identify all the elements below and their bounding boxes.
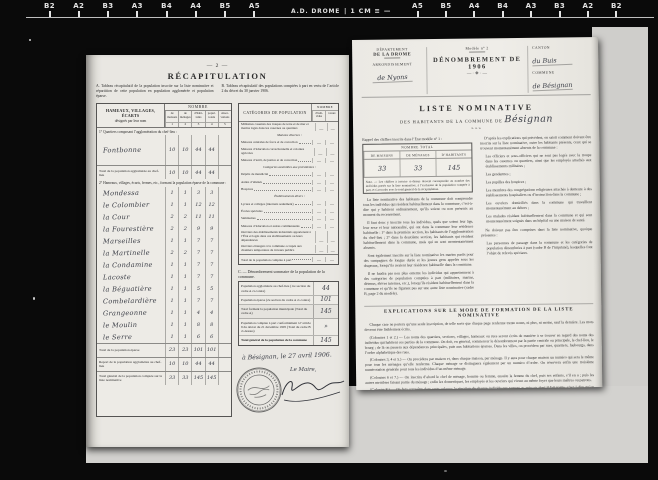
intro-a: A. Tableau récapitulatif de la populatio… (96, 84, 214, 99)
ruler-label-text: A2 (73, 3, 84, 10)
total-value: 10 (178, 358, 191, 371)
signature-block: à Bésignan, le 27 avril 1906. Le Maire, (238, 351, 339, 417)
dotted-leader (298, 161, 311, 162)
population-value: 7 (191, 247, 204, 259)
dotted-leader (264, 212, 311, 213)
page-number: — 2 — (96, 63, 339, 69)
hamlet-name: la Béguatière (97, 284, 165, 293)
instruction-paragraph: Ne doivent pas être comprises dans la li… (481, 227, 592, 238)
ruler-baseline (26, 17, 654, 18)
table-b-header: CATÉGORIES DE POPULATION (239, 104, 311, 121)
category-value: — (325, 180, 338, 185)
liste-nominative-title: LISTE NOMINATIVE (362, 102, 591, 114)
instruction-paragraph: La liste nominative des habitants de la … (363, 197, 473, 218)
arrondissement-label: ARRONDISSEMENT (361, 62, 423, 67)
section-c-title: C. — Dénombrement sommaire de la populat… (238, 269, 339, 279)
microfilm-frame: B2 A2 B3 A3 B4 (0, 0, 658, 480)
hamlet-name: Lacoste (97, 272, 165, 281)
population-value: 7 (205, 235, 218, 247)
instruction-paragraph: Les pupilles des hospices ; (481, 179, 592, 185)
population-value: 7 (191, 271, 204, 283)
population-value: 2 (165, 211, 178, 223)
population-value: 1 (165, 259, 178, 271)
subheader-text: d’habi- tants (192, 112, 204, 119)
population-value: 1 (178, 331, 191, 343)
category-value: — (325, 209, 338, 214)
ruler-label: A3 (132, 3, 143, 17)
category-row: Dépôts de mendicité — — (239, 171, 338, 178)
category-value: — (312, 216, 325, 221)
total-value: 10 (178, 166, 191, 179)
category-label: Établissements divers : (272, 195, 305, 199)
category-value: — (325, 224, 338, 229)
population-value: 5 (191, 283, 204, 295)
subheader-number: 2 (179, 122, 191, 127)
ruler-label: A2 (73, 3, 84, 17)
ruler-label-text: A3 (526, 3, 537, 10)
hamlet-row: la Fourestière 2 2 9 9 (97, 223, 231, 235)
summary-label: Population éparse (2e section du cadre A… (239, 296, 313, 304)
instruction-paragraph: Il faut donc y inscrire tous les individ… (363, 220, 473, 251)
population-value: 7 (191, 259, 204, 271)
population-value: 2 (178, 223, 191, 235)
rappel-value-handwritten: 33 (399, 159, 435, 176)
table-b-subheader: totaux (325, 111, 338, 121)
population-value: 1 (165, 271, 178, 283)
total-value: 44 (191, 166, 204, 179)
category-label: Maisons d’arrêt, de justice et de correc… (239, 159, 297, 163)
category-row: Maisons diverses : (239, 132, 338, 139)
form-header: DÉPARTEMENT DE LA DROME ARRONDISSEMENT d… (361, 45, 591, 98)
ruler-label-text: A4 (190, 3, 201, 10)
category-value: — (325, 187, 338, 192)
category-value: — (312, 158, 325, 163)
category-value: — (326, 148, 338, 156)
table-a-total-agglomerated: Total de la population agglomérée au che… (97, 165, 231, 179)
table-a-name-header: HAMEAUX, VILLAGES, ÉCARTS désignés par l… (97, 104, 165, 127)
category-value: — (315, 245, 327, 253)
population-value: 1 (178, 235, 191, 247)
population-value: 11 (205, 211, 218, 223)
summary-value: 145 (313, 336, 338, 344)
rappel-column-header: DE MAISONS (363, 151, 399, 158)
table-b-nombre-header: NOMBRE (312, 104, 338, 111)
total-value: 101 (191, 344, 204, 357)
dotted-leader (301, 227, 311, 228)
population-value: 2 (165, 247, 178, 259)
instruction-paragraph: Les ouvriers domiciliés dans la commune … (481, 200, 592, 211)
category-row: Maisons d’éducation et autres communauté… (239, 222, 338, 229)
ruler-label-text: A3 (132, 3, 143, 10)
population-value: 8 (205, 319, 218, 331)
canton-handwritten: du Buis (532, 56, 572, 67)
category-value: — (315, 123, 327, 131)
arrondissement-handwritten: de Nyons (372, 73, 412, 84)
ruler-label-text: B4 (161, 3, 172, 10)
hamlet-name: Marseilles (97, 236, 165, 245)
category-label: Maisons d’éducation correctionnelle et c… (239, 148, 312, 156)
dotted-leader (263, 183, 311, 184)
hamlet-name: la Condamine (97, 260, 165, 269)
hamlet-row: la Béguatière 1 1 5 5 (97, 283, 231, 295)
category-row: Asiles d’aliénés — — (239, 179, 338, 186)
population-value: 1 (165, 199, 178, 211)
population-value: 7 (191, 295, 204, 307)
category-row: Maisons d’éducation correctionnelle et c… (239, 147, 338, 157)
population-value (218, 223, 231, 235)
population-value (218, 271, 231, 283)
category-value: — (312, 209, 325, 214)
population-value: 10 (178, 135, 191, 165)
category-label: Asiles d’aliénés (239, 181, 262, 185)
ruler-label-text: B4 (497, 3, 508, 10)
table-a-hamlets: HAMEAUX, VILLAGES, ÉCARTS désignés par l… (96, 103, 232, 417)
population-value: 44 (205, 135, 218, 165)
recapitulation-page: — 2 — RÉCAPITULATION A. Tableau récapitu… (86, 55, 349, 447)
category-value: — (312, 187, 325, 192)
summary-row: Population comptée à part conformément à… (239, 319, 338, 337)
category-value: — (327, 245, 339, 253)
population-value: 2 (178, 247, 191, 259)
total-label: Total de la population éparse (97, 347, 165, 353)
commune-label: COMMUNE (532, 70, 590, 75)
category-label: Hospices (239, 188, 253, 192)
total-value: 101 (205, 344, 218, 357)
hamlet-name: Fontbonne (97, 146, 165, 155)
commune-name-handwritten: Bésignan (504, 114, 553, 126)
table-a-total-row: Total de la population éparse 23 23 101 … (97, 343, 231, 357)
table-a-header-line1: HAMEAUX, VILLAGES, ÉCARTS (98, 108, 163, 118)
population-value: 1 (178, 259, 191, 271)
population-value: 1 (165, 283, 178, 295)
instruction-paragraph: Les malades résidant habituellement dans… (481, 213, 592, 224)
film-ruler-bar: B2 A2 B3 A3 B4 (0, 0, 658, 24)
ruler-label: A4 (469, 3, 480, 17)
population-value: 1 (178, 307, 191, 319)
dust-speck (29, 39, 31, 41)
population-value: 44 (191, 135, 204, 165)
population-value: 1 (165, 235, 178, 247)
subheader-number: 4 (206, 122, 218, 127)
population-value: 1 (165, 331, 178, 343)
ruler-right-group: A5 B5 A4 B4 A3 (412, 3, 622, 17)
summary-value: 101 (313, 296, 338, 304)
rappel-value-handwritten: 33 (363, 159, 399, 176)
hamlet-row: le Colombier 1 1 12 12 (97, 199, 231, 211)
category-value: — (325, 140, 338, 145)
table-a-subheader: popul. totale 4 (205, 111, 218, 127)
intro-b: B. Tableau récapitulatif des populations… (222, 84, 340, 99)
population-value: 9 (205, 223, 218, 235)
population-value: 1 (178, 319, 191, 331)
total-value: 10 (165, 358, 178, 371)
population-value: 7 (205, 295, 218, 307)
rappel-column-header: D’HABITANTS (435, 151, 471, 158)
ruler-label-text: B3 (554, 3, 565, 10)
subtitle-text: DES HABITANTS DE LA COMMUNE DE (400, 118, 503, 124)
population-value: 6 (191, 331, 204, 343)
total-value (218, 358, 231, 371)
ruler-label: A5 (412, 3, 423, 17)
category-label: Catégories assimilées aux précédentes : (261, 166, 316, 170)
ruler-label-text: B5 (440, 3, 451, 10)
total-value: 33 (165, 372, 178, 385)
rappel-note: Nota. — Les chiffres à inscrire ci-dessu… (364, 176, 472, 193)
hamlet-row: la Condamine 1 1 7 7 (97, 259, 231, 271)
subheader-number: 3 (192, 122, 204, 127)
table-a-subheader: d’habi- tants 3 (191, 111, 204, 127)
population-value (218, 319, 231, 331)
hamlet-row: Fontbonne 10 10 44 44 (97, 135, 231, 165)
table-a-nombre-header: NOMBRE (165, 104, 231, 111)
ruler-label: B5 (440, 3, 451, 17)
population-value: 4 (191, 307, 204, 319)
total-value: 44 (205, 358, 218, 371)
table-a-header-line2: désignés par leur nom (98, 119, 163, 123)
category-value: — (325, 172, 338, 177)
instruction-paragraph: D’après les explications qui précèdent, … (480, 135, 591, 151)
population-value: 9 (191, 223, 204, 235)
hamlet-name: le Colombier (97, 200, 165, 209)
total-value: 145 (191, 372, 204, 385)
ruler-label-text: A4 (469, 3, 480, 10)
total-label: Total général de la population comptée s… (97, 373, 165, 383)
population-value: 1 (165, 295, 178, 307)
hamlet-name: Combelardière (97, 296, 165, 305)
population-value: 1 (178, 199, 191, 211)
ruler-label-text: A5 (412, 3, 423, 10)
subheader-text: de maisons (166, 112, 178, 119)
total-value: 44 (191, 358, 204, 371)
liste-nominative-page: DÉPARTEMENT DE LA DROME ARRONDISSEMENT d… (352, 37, 602, 390)
category-value: — (327, 123, 339, 131)
ornament: —·❖·— (431, 70, 523, 77)
population-value: 5 (205, 283, 218, 295)
hamlet-name: Mondessa (97, 188, 165, 197)
scale-label: | 1 CM ≡ — (344, 8, 391, 15)
category-value: — (325, 201, 338, 206)
category-label: Maisons d’éducation et autres communauté… (239, 225, 300, 229)
instruction-paragraph: Les membres des congrégations religieuse… (481, 187, 592, 198)
summary-label: Population agglomérée au chef-lieu (1re … (239, 282, 313, 295)
total-label: Report de la population agglomérée au ch… (97, 359, 165, 369)
category-value: — (312, 140, 325, 145)
population-value: 12 (191, 199, 204, 211)
ruler-label: B3 (103, 3, 114, 17)
summary-label: Total général de la population de la com… (239, 336, 313, 344)
category-label: Dépôts de mendicité (239, 173, 268, 177)
subheader-text: de ménages (179, 112, 191, 119)
ruler-label: A2 (582, 3, 593, 17)
population-value: 7 (205, 247, 218, 259)
population-value: 2 (165, 223, 178, 235)
total-value (218, 166, 231, 179)
hamlet-row: Lacoste 1 1 7 7 (97, 271, 231, 283)
total-value: 33 (178, 372, 191, 385)
ruler-label-text: B3 (103, 3, 114, 10)
rappel-table: NOMBRE TOTAL DE MAISONSDE MÉNAGESD’HABIT… (362, 143, 473, 194)
category-label: Maisons centrales de force et de correct… (239, 141, 298, 145)
hamlet-name: la Cour (97, 212, 165, 221)
subheader-text: popul. totale (206, 112, 218, 119)
category-label: Lycées et collèges (internats seulement) (239, 203, 294, 207)
ruler-label: B4 (161, 3, 172, 17)
table-b-subheader: d’indi- vidus (312, 111, 325, 121)
population-value (218, 187, 231, 199)
hamlet-row: le Serre 1 1 6 6 (97, 331, 231, 343)
category-label: Séminaires (239, 217, 256, 221)
instruction-paragraph: Les officiers et sous-officiers qui ne s… (480, 153, 591, 169)
instruction-paragraph: Il ne faudra pas non plus omettre les in… (364, 271, 474, 297)
category-label: Ouvriers étrangers à la commune occupés … (239, 245, 313, 253)
summary-label: Population comptée à part conformément à… (239, 319, 313, 336)
population-value: 2 (178, 211, 191, 223)
category-value: — (312, 172, 325, 177)
population-value (218, 211, 231, 223)
category-value: — (327, 231, 339, 243)
category-row: Hospices — — (239, 186, 338, 193)
instruction-paragraph: Les gendarmes ; (481, 171, 592, 177)
ruler-label: B2 (611, 3, 622, 17)
summary-row: Population éparse (2e section du cadre A… (239, 296, 338, 305)
total-value: 145 (205, 372, 218, 385)
dotted-leader (299, 143, 311, 144)
population-value (218, 235, 231, 247)
hamlet-row: la Cour 2 2 11 11 (97, 211, 231, 223)
ruler-label-text: B2 (44, 3, 55, 10)
population-value: 10 (165, 135, 178, 165)
category-row: Catégories assimilées aux précédentes : (239, 164, 338, 171)
total-label: Total de la population agglomérée au che… (97, 168, 165, 178)
category-row: Séminaires — — (239, 215, 338, 222)
commune-handwritten: de Bésignan (532, 81, 572, 92)
category-value: — (325, 216, 338, 221)
hamlet-row: Grangeonne 1 1 4 4 (97, 307, 231, 319)
hamlet-name: le Moulin (97, 320, 165, 329)
population-value: 1 (165, 319, 178, 331)
hamlet-name: Grangeonne (97, 308, 165, 317)
category-row: Écoles spéciales — — (239, 208, 338, 215)
total-value: — (325, 257, 338, 262)
table-a-total-row: Report de la population agglomérée au ch… (97, 357, 231, 371)
table-a-subheader: obser- vations 5 (218, 111, 231, 127)
dotted-leader (254, 190, 311, 191)
subheader-number: 5 (219, 122, 231, 127)
population-value: 7 (205, 271, 218, 283)
population-value (218, 135, 231, 165)
hamlet-row: la Martinelle 2 2 7 7 (97, 247, 231, 259)
population-value: 1 (165, 307, 178, 319)
explication-paragraph: Chaque case ne portera qu’une seule insc… (364, 320, 593, 333)
total-label: Total de la population comptée à part (239, 258, 291, 262)
summary-row: Total formant la population municipale (… (239, 305, 338, 319)
recap-title: RÉCAPITULATION (96, 71, 339, 81)
population-value: 4 (205, 307, 218, 319)
table-b-total-row: Total de la population comptée à part — … (239, 254, 338, 264)
table-a-subheader: de ménages 2 (178, 111, 191, 127)
population-value: 1 (178, 271, 191, 283)
ruler-label: B4 (497, 3, 508, 17)
table-b-counted-apart: CATÉGORIES DE POPULATION NOMBRE d’indi- … (238, 103, 339, 265)
rappel-caption: Rappel des chiffres inscrits dans l’État… (362, 137, 472, 142)
total-value (218, 372, 231, 385)
departement-value: DE LA DROME (361, 51, 423, 57)
category-label: Ouvriers des établissements industriels … (239, 231, 313, 243)
category-value: — (314, 148, 326, 156)
hamlet-row: Marseilles 1 1 7 7 (97, 235, 231, 247)
category-row: Ouvriers étrangers à la commune occupés … (239, 244, 338, 254)
category-value: — (312, 180, 325, 185)
population-value (218, 259, 231, 271)
divider (469, 51, 485, 52)
summary-value: 145 (313, 305, 338, 318)
census-title: DÉNOMBREMENT DE 1906 (431, 56, 523, 71)
summary-label: Total formant la population municipale (… (239, 305, 313, 318)
total-value (218, 344, 231, 357)
population-value (218, 247, 231, 259)
category-label: Maisons diverses : (275, 134, 302, 138)
rappel-column-header: DE MÉNAGES (399, 151, 435, 158)
category-row: Lycées et collèges (internats seulement)… (239, 200, 338, 207)
hamlet-row: Mondessa 1 1 3 3 (97, 187, 231, 199)
total-value: 10 (165, 166, 178, 179)
population-value (218, 331, 231, 343)
population-value: 3 (191, 187, 204, 199)
dotted-leader (295, 204, 311, 205)
population-value (218, 307, 231, 319)
population-value: 8 (191, 319, 204, 331)
population-value: 1 (178, 295, 191, 307)
hamlet-row: le Moulin 1 1 8 8 (97, 319, 231, 331)
dust-speck (444, 470, 447, 472)
explication-paragraph: (Colonnes 6 et 7.) — On inscrira d’abord… (365, 373, 594, 386)
ruler-label: B5 (220, 3, 231, 17)
ruler-label-text: A2 (582, 3, 593, 10)
explication-paragraph: (Colonnes 3, 4 et 5.) — On procédera par… (365, 355, 594, 373)
total-value: — (312, 257, 325, 262)
dotted-leader (269, 175, 311, 176)
category-value: — (312, 201, 325, 206)
ruler-label: A4 (190, 3, 201, 17)
form-model-label: Modèle n° 2 (431, 46, 523, 51)
explications-title: EXPLICATIONS SUR LE MODE DE FORMATION DE… (364, 307, 593, 320)
canton-label: CANTON (532, 45, 590, 50)
population-value: 12 (205, 199, 218, 211)
total-value: 23 (178, 344, 191, 357)
summary-row: Population agglomérée au chef-lieu (1re … (239, 282, 338, 296)
population-value (218, 295, 231, 307)
total-value: 44 (205, 166, 218, 179)
population-value (218, 199, 231, 211)
category-row: Militaires casernés des troupes de terre… (239, 122, 338, 132)
category-row: Maisons d’arrêt, de justice et de correc… (239, 157, 338, 164)
population-value: 1 (165, 187, 178, 199)
ruler-label: A3 (526, 3, 537, 17)
category-value: — (325, 158, 338, 163)
population-value: 11 (191, 211, 204, 223)
explications-section: EXPLICATIONS SUR LE MODE DE FORMATION DE… (364, 303, 594, 390)
ruler-label-text: B5 (220, 3, 231, 10)
table-a-section1-label: 1° Quartiers composant l’agglomération d… (97, 128, 231, 135)
section-c-summary-table: Population agglomérée au chef-lieu (1re … (238, 281, 339, 345)
dust-speck (33, 297, 35, 300)
ruler-label: B2 (44, 3, 55, 17)
dotted-leader (257, 219, 311, 220)
population-value: 7 (205, 259, 218, 271)
archive-label: A.D. DROME (291, 9, 340, 15)
hamlet-row: Combelardière 1 1 7 7 (97, 295, 231, 307)
divider (384, 57, 400, 58)
